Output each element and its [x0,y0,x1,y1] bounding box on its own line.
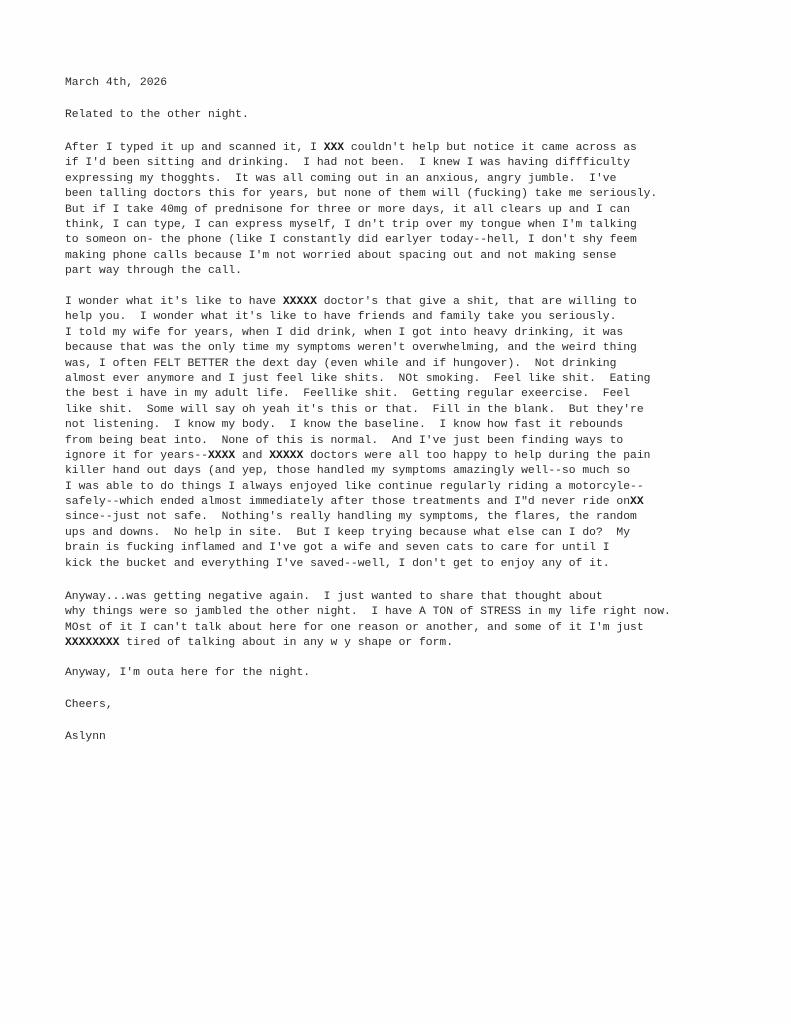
text-line: almost ever anymore and I just feel like… [65,372,650,387]
text-line: ups and downs. No help in site. But I ke… [65,526,650,541]
text-line: ignore it for years--XXXX and XXXXX doct… [65,449,650,464]
text-line: not listening. I know my body. I know th… [65,418,650,433]
text-line: MOst of it I can't talk about here for o… [65,621,671,636]
text-line: I told my wife for years, when I did dri… [65,326,650,341]
text-line: why things were so jambled the other nig… [65,605,671,620]
text-line: But if I take 40mg of prednisone for thr… [65,203,657,218]
text-line: XXXXXXXX tired of talking about in any w… [65,636,671,651]
paragraph-1: After I typed it up and scanned it, I XX… [65,141,657,280]
text-line: been talling doctors this for years, but… [65,187,657,202]
text-line: killer hand out days (and yep, those han… [65,464,650,479]
text-line: was, I often FELT BETTER the dext day (e… [65,357,650,372]
strikeover-mark: XXXXX [283,296,317,308]
text-line: like shit. Some will say oh yeah it's th… [65,403,650,418]
signature: Aslynn [65,730,106,745]
text-line: to someon on- the phone (like I constant… [65,233,657,248]
strikeover-mark: XXXX [208,450,235,462]
paragraph-3: Anyway...was getting negative again. I j… [65,590,671,652]
strikeover-mark: XX [630,496,644,508]
text-line: expressing my thogghts. It was all comin… [65,172,657,187]
strikeover-mark: XXX [324,142,344,154]
text-line: because that was the only time my sympto… [65,341,650,356]
text-line: After I typed it up and scanned it, I XX… [65,141,657,156]
text-line: Anyway...was getting negative again. I j… [65,590,671,605]
strikeover-mark: XXXXX [269,450,303,462]
text-line: safely--which ended almost immediately a… [65,495,650,510]
paragraph-2: I wonder what it's like to have XXXXX do… [65,295,650,572]
letter-date: March 4th, 2026 [65,76,167,91]
text-line: help you. I wonder what it's like to hav… [65,310,650,325]
text-line: kick the bucket and everything I've save… [65,557,650,572]
text-line: the best i have in my adult life. Feelli… [65,387,650,402]
typed-letter-page: March 4th, 2026 Related to the other nig… [0,0,791,1024]
text-line: from being beat into. None of this is no… [65,434,650,449]
text-line: I wonder what it's like to have XXXXX do… [65,295,650,310]
text-line: brain is fucking inflamed and I've got a… [65,541,650,556]
text-line: if I'd been sitting and drinking. I had … [65,156,657,171]
closing-line: Anyway, I'm outa here for the night. [65,666,310,681]
text-line: think, I can type, I can express myself,… [65,218,657,233]
text-line: I was able to do things I always enjoyed… [65,480,650,495]
letter-subject: Related to the other night. [65,108,249,123]
text-line: part way through the call. [65,264,657,279]
salutation: Cheers, [65,698,113,713]
strikeover-mark: XXXXXXXX [65,637,119,649]
text-line: since--just not safe. Nothing's really h… [65,510,650,525]
text-line: making phone calls because I'm not worri… [65,249,657,264]
